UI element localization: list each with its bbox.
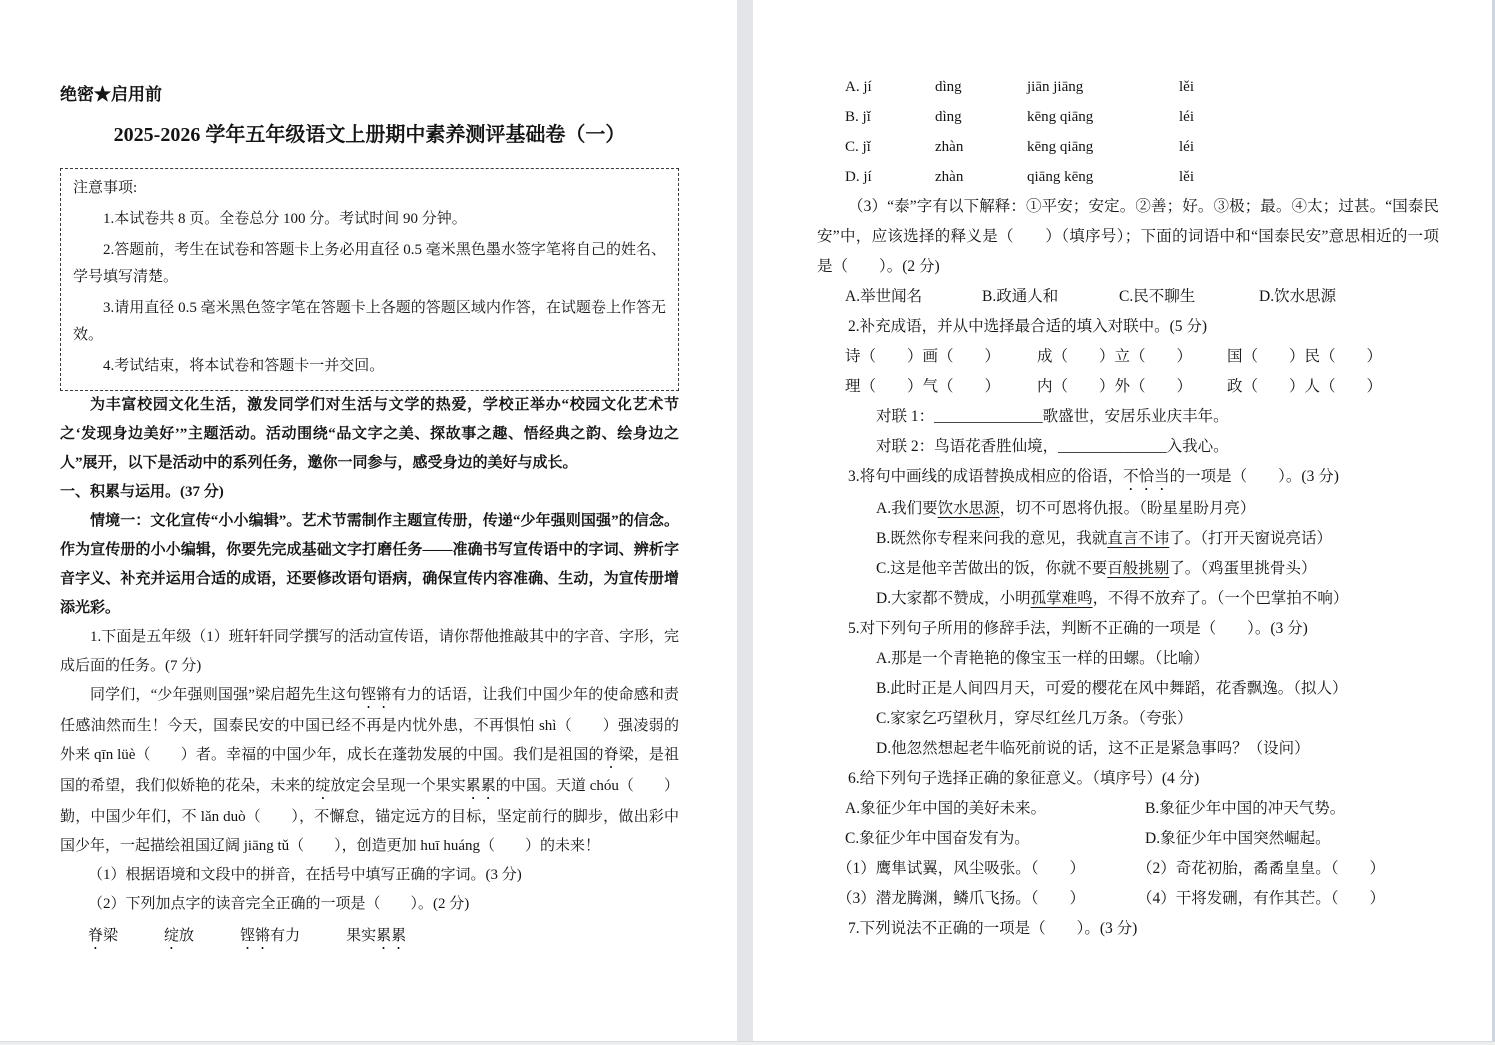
underlined-idiom: 孤掌难鸣 (1031, 590, 1093, 607)
question-6-options-row-2: C.象征少年中国奋发有为。 D.象征少年中国突然崛起。 (845, 824, 1439, 854)
q6-option-a: A.象征少年中国的美好未来。 (845, 794, 1145, 824)
underlined-idiom: 直言不讳 (1107, 530, 1169, 547)
question-6-options-row-1: A.象征少年中国的美好未来。 B.象征少年中国的冲天气势。 (845, 794, 1439, 824)
notice-item-3: 3.请用直径 0.5 毫米黑色签字笔在答题卡上各题的答题区域内作答，在试题卷上作… (73, 295, 666, 349)
pinyin-cell: B. jǐ (845, 102, 935, 132)
couplet-1: 对联 1：______________歌盛世，安居乐业庆丰年。 (817, 402, 1439, 432)
idiom-row-2: 理（ ）气（ ） 内（ ）外（ ） 政（ ）人（ ） (845, 372, 1439, 402)
question-7-prompt: 7.下列说法不正确的一项是（ ）。(3 分) (817, 914, 1439, 944)
option-text: ，切不可恩将仇报。（盼星星盼月亮） (1000, 500, 1256, 517)
underlined-idiom: 饮水思源 (938, 500, 1000, 517)
security-header: 绝密★启用前 (60, 84, 679, 106)
question-3-prompt: 3.将句中画线的成语替换成相应的俗语，不恰当的一项是（ ）。(3 分) (817, 462, 1439, 494)
question-1-sub1: （1）根据语境和文段中的拼音，在括号中填写正确的字词。(3 分) (60, 861, 679, 890)
option-text: B.既然你专程来问我的意见，我就 (876, 530, 1107, 547)
pinyin-cell: dìng (935, 72, 1027, 102)
question-5-option-c: C.家家乞巧望秋月，穿尽红丝几万条。（夸张） (817, 704, 1439, 734)
dotted-word-3: 铿锵有力 (240, 922, 300, 953)
question-1-prompt: 1.下面是五年级（1）班轩轩同学撰写的活动宣传语，请你帮他推敲其中的字音、字形，… (60, 623, 679, 681)
question-3-option-c: C.这是他辛苦做出的饭，你就不要百般挑剔了。（鸡蛋里挑骨头） (817, 554, 1439, 584)
question-5-option-b: B.此时正是人间四月天，可爱的樱花在风中舞蹈，花香飘逸。（拟人） (817, 674, 1439, 704)
option-text: ，不得不放弃了。（一个巴掌拍不响） (1093, 590, 1349, 607)
question-3-option-a: A.我们要饮水思源，切不可恩将仇报。（盼星星盼月亮） (817, 494, 1439, 524)
question-1-passage: 同学们，“少年强则国强”梁启超先生这句铿锵有力的话语，让我们中国少年的使命感和责… (60, 681, 679, 861)
pinyin-cell: A. jí (845, 72, 935, 102)
q6-item-1: （1）鹰隼试翼，风尘吸张。（ ） (837, 854, 1137, 884)
pinyin-cell: léi (1179, 132, 1439, 162)
notice-item-2: 2.答题前，考生在试卷和答题卡上务必用直径 0.5 毫米黑色墨水签字笔将自己的姓… (73, 237, 666, 291)
question-6-prompt: 6.给下列句子选择正确的象征意义。（填序号）(4 分) (817, 764, 1439, 794)
dotted-word-1: 脊梁 (88, 922, 118, 953)
pinyin-cell: jiān jiāng (1027, 72, 1179, 102)
page-2: A. jí dìng jiān jiāng lěi B. jǐ dìng kēn… (753, 0, 1495, 1041)
pinyin-option-b: B. jǐ dìng kēng qiāng léi (845, 102, 1439, 132)
notice-heading: 注意事项: (73, 175, 666, 202)
pinyin-cell: qiāng kēng (1027, 162, 1179, 192)
section-1-title: 一、积累与运用。(37 分) (60, 478, 679, 507)
idiom-cell: 政（ ）人（ ） (1227, 372, 1439, 402)
option-text: 了。（鸡蛋里挑骨头） (1169, 560, 1316, 577)
pinyin-cell: zhàn (935, 132, 1027, 162)
option-text: 了。（打开天窗说亮话） (1169, 530, 1332, 547)
dotted-words-row: 脊梁 绽放 铿锵有力 果实累累 (60, 922, 679, 953)
scenario-1-paragraph: 情境一：文化宣传“小小编辑”。艺术节需制作主题宣传册，传递“少年强则国强”的信念… (60, 507, 679, 623)
tai-options-row: A.举世闻名 B.政通人和 C.民不聊生 D.饮水思源 (845, 282, 1439, 312)
document-canvas: 绝密★启用前 2025-2026 学年五年级语文上册期中素养测评基础卷（一） 注… (0, 0, 1495, 1042)
option-text: D.大家都不赞成，小明 (876, 590, 1031, 607)
dotted-word-4: 果实累累 (346, 922, 406, 953)
pinyin-option-d: D. jí zhàn qiāng kēng lěi (845, 162, 1439, 192)
pinyin-cell: D. jí (845, 162, 935, 192)
question-1-sub3: （3）“泰”字有以下解释：①平安；安定。②善；好。③极；最。④太；过甚。“国泰民… (817, 192, 1439, 282)
q6-option-b: B.象征少年中国的冲天气势。 (1145, 794, 1439, 824)
intro-paragraph: 为丰富校园文化生活，激发同学们对生活与文学的热爱，学校正举办“校园文化艺术节之‘… (60, 391, 679, 478)
dotted-word-2: 绽放 (164, 922, 194, 953)
notice-box: 注意事项: 1.本试卷共 8 页。全卷总分 100 分。考试时间 90 分钟。 … (60, 168, 679, 391)
pinyin-cell: lěi (1179, 72, 1439, 102)
tai-option-b: B.政通人和 (982, 282, 1119, 312)
pinyin-option-a: A. jí dìng jiān jiāng lěi (845, 72, 1439, 102)
idiom-row-1: 诗（ ）画（ ） 成（ ）立（ ） 国（ ）民（ ） (845, 342, 1439, 372)
q6-option-c: C.象征少年中国奋发有为。 (845, 824, 1145, 854)
q6-item-3: （3）潜龙腾渊，鳞爪飞扬。（ ） (837, 884, 1137, 914)
tai-option-a: A.举世闻名 (845, 282, 982, 312)
underlined-idiom: 百般挑剔 (1107, 560, 1169, 577)
tai-option-c: C.民不聊生 (1119, 282, 1259, 312)
question-3-option-d: D.大家都不赞成，小明孤掌难鸣，不得不放弃了。（一个巴掌拍不响） (817, 584, 1439, 614)
question-2-prompt: 2.补充成语，并从中选择最合适的填入对联中。(5 分) (817, 312, 1439, 342)
pinyin-cell: lěi (1179, 162, 1439, 192)
question-3-option-b: B.既然你专程来问我的意见，我就直言不讳了。（打开天窗说亮话） (817, 524, 1439, 554)
option-text: C.这是他辛苦做出的饭，你就不要 (876, 560, 1107, 577)
option-text: A.我们要 (876, 500, 938, 517)
pinyin-cell: zhàn (935, 162, 1027, 192)
q6-option-d: D.象征少年中国突然崛起。 (1145, 824, 1439, 854)
page-1: 绝密★启用前 2025-2026 学年五年级语文上册期中素养测评基础卷（一） 注… (0, 0, 737, 1041)
question-6-items-row-2: （3）潜龙腾渊，鳞爪飞扬。（ ） （4）干将发硎，有作其芒。（ ） (837, 884, 1439, 914)
tai-option-d: D.饮水思源 (1259, 282, 1439, 312)
app-window: { "theme":{ "canvas_bg":"#eceef0", "page… (0, 0, 1495, 1045)
couplet-2: 对联 2：鸟语花香胜仙境，______________入我心。 (817, 432, 1439, 462)
question-5-option-a: A.那是一个青艳艳的像宝玉一样的田螺。（比喻） (817, 644, 1439, 674)
notice-item-4: 4.考试结束，将本试卷和答题卡一并交回。 (73, 353, 666, 380)
pinyin-cell: dìng (935, 102, 1027, 132)
idiom-cell: 理（ ）气（ ） (845, 372, 1037, 402)
pinyin-cell: kēng qiāng (1027, 132, 1179, 162)
question-1-sub2: （2）下列加点字的读音完全正确的一项是（ ）。(2 分) (60, 890, 679, 919)
q6-item-4: （4）干将发硎，有作其芒。（ ） (1137, 884, 1439, 914)
page-title: 2025-2026 学年五年级语文上册期中素养测评基础卷（一） (60, 121, 679, 149)
q6-item-2: （2）奇花初胎，矞矞皇皇。（ ） (1137, 854, 1439, 884)
pinyin-option-c: C. jǐ zhàn kēng qiāng léi (845, 132, 1439, 162)
idiom-cell: 成（ ）立（ ） (1037, 342, 1227, 372)
question-5-option-d: D.他忽然想起老牛临死前说的话，这不正是紧急事吗？（设问） (817, 734, 1439, 764)
question-6-items-row-1: （1）鹰隼试翼，风尘吸张。（ ） （2）奇花初胎，矞矞皇皇。（ ） (837, 854, 1439, 884)
idiom-cell: 内（ ）外（ ） (1037, 372, 1227, 402)
idiom-cell: 国（ ）民（ ） (1227, 342, 1439, 372)
notice-item-1: 1.本试卷共 8 页。全卷总分 100 分。考试时间 90 分钟。 (73, 206, 666, 233)
question-5-prompt: 5.对下列句子所用的修辞手法，判断不正确的一项是（ ）。(3 分) (817, 614, 1439, 644)
pinyin-cell: kēng qiāng (1027, 102, 1179, 132)
pinyin-cell: C. jǐ (845, 132, 935, 162)
idiom-cell: 诗（ ）画（ ） (845, 342, 1037, 372)
page-gap (737, 0, 753, 1041)
pinyin-cell: léi (1179, 102, 1439, 132)
